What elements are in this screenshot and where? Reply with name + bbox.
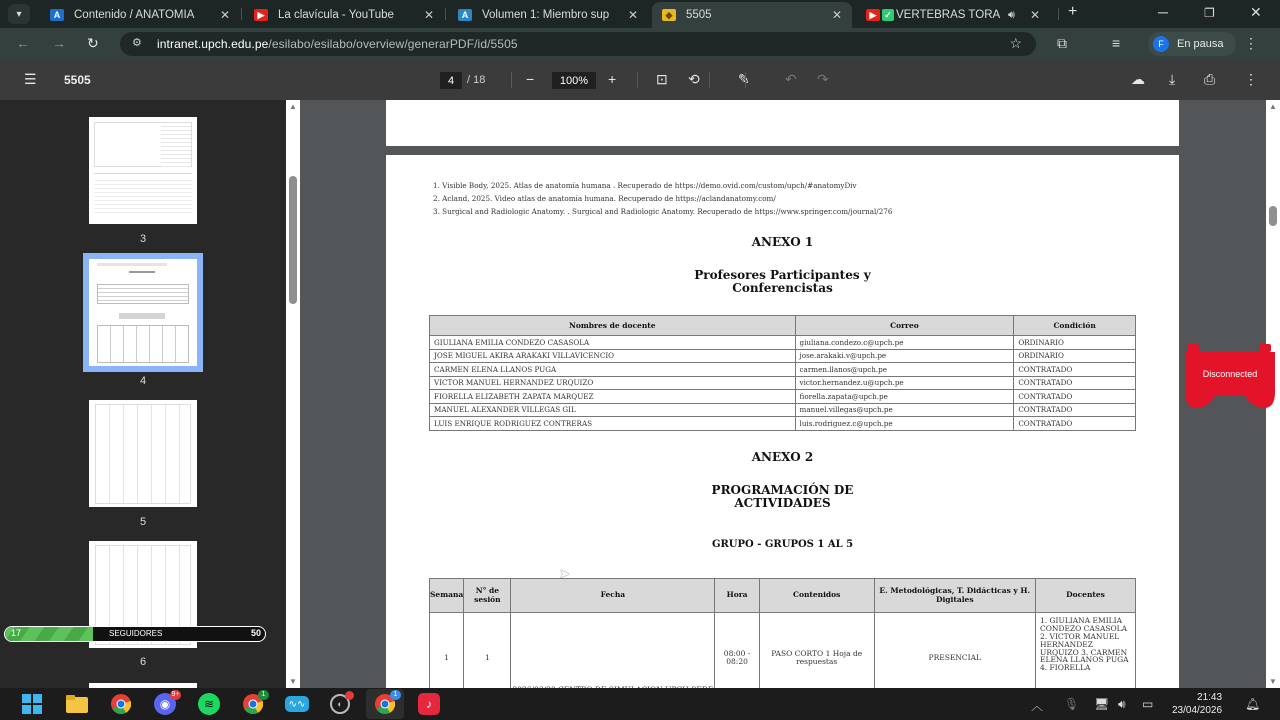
- table-cell: ORDINARIO: [1014, 349, 1136, 363]
- subtitle-line: ACTIVIDADES: [386, 497, 1179, 510]
- table-cell: MANUEL ALEXANDER VILLEGAS GIL: [430, 403, 796, 417]
- show-hidden-icons-chevron[interactable]: ︿: [1031, 697, 1043, 714]
- tab-la-clavicula[interactable]: ▶ La clavícula - YouTube ✕: [244, 2, 444, 28]
- tab-title: La clavícula - YouTube: [278, 9, 394, 21]
- pdf-page-4: 1. Visible Body, 2025. Atlas de anatomía…: [386, 155, 1179, 688]
- table-cell: CONTRATADO: [1014, 417, 1136, 431]
- table-cell: fiorella.zapata@upch.pe: [795, 390, 1014, 404]
- table-row: MANUEL ALEXANDER VILLEGAS GILmanuel.vill…: [430, 403, 1136, 417]
- table-row: VICTOR MANUEL HERNANDEZ URQUIZOvictor.he…: [430, 376, 1136, 390]
- table-cell: PRESENCIAL: [874, 613, 1035, 689]
- thumbnail-label: 4: [0, 375, 293, 387]
- profile-status: En pausa: [1177, 38, 1223, 50]
- thumbnail-page-5[interactable]: [89, 400, 197, 507]
- thumbnail-label: 5: [0, 516, 293, 528]
- tab-separator: [445, 8, 446, 20]
- reference-item: 2. Acland, 2025. Video atlas de anatomía…: [433, 194, 776, 203]
- column-header: Correo: [795, 316, 1014, 336]
- table-cell: CONTRATADO: [1014, 390, 1136, 404]
- clock-time: 21:43: [1172, 691, 1222, 704]
- a-app-icon: A: [458, 9, 472, 21]
- tab-separator: [241, 8, 242, 20]
- print-icon[interactable]: ⎙: [1204, 71, 1215, 88]
- thumbnail-sidebar: 3 4 5 6: [0, 100, 300, 688]
- network-icon[interactable]: 🖥︎: [1094, 697, 1109, 711]
- microphone-icon[interactable]: 🎙︎: [1064, 697, 1079, 711]
- table-row: LUIS ENRIQUE RODRIGUEZ CONTRERASluis.rod…: [430, 417, 1136, 431]
- pdf-toolbar: ☰ 5505 4 / 18 − 100% + ⊡ ⟲ ✎ ↶ ↷ ☁ ⤓ ⎙ ⋮: [0, 60, 1280, 100]
- scroll-down-icon[interactable]: ▼: [1269, 677, 1277, 686]
- zoom-level-input[interactable]: 100%: [552, 72, 596, 89]
- sidebar-scrollbar[interactable]: ▲ ▼: [286, 100, 300, 688]
- divider: [709, 72, 710, 88]
- taskbar-chrome-profile[interactable]: 1: [242, 693, 264, 715]
- menu-kebab-icon[interactable]: ⋮: [1244, 35, 1258, 52]
- redo-icon[interactable]: ↷: [817, 71, 829, 88]
- clock[interactable]: 21:43 23/04/2026: [1172, 691, 1222, 717]
- bookmark-star-icon[interactable]: ☆: [1009, 35, 1022, 52]
- site-info-icon[interactable]: ⚙: [132, 36, 142, 49]
- table-cell: giuliana.condezo.c@upch.pe: [795, 336, 1014, 350]
- undo-icon[interactable]: ↶: [785, 71, 797, 88]
- thumbnail-page-3[interactable]: [89, 117, 197, 224]
- close-icon[interactable]: ✕: [220, 8, 230, 22]
- taskbar-audio-app[interactable]: ∿∿: [285, 696, 309, 712]
- notification-badge: 1: [390, 690, 401, 700]
- followers-goal-bar: 17 SEGUIDORES 50: [4, 626, 266, 642]
- spotify-icon: ≋: [204, 697, 214, 711]
- table-cell: carmen.llanos@upch.pe: [795, 363, 1014, 377]
- save-to-drive-icon[interactable]: ☁: [1131, 71, 1145, 88]
- followers-goal: 50: [251, 628, 261, 638]
- pdf-title: 5505: [64, 73, 91, 87]
- table-cell: CONTRATADO: [1014, 376, 1136, 390]
- url-path: /esilabo/esilabo/overview/generarPDF/id/…: [268, 37, 517, 51]
- a-app-icon: A: [50, 9, 64, 21]
- sidebar-scroll-thumb[interactable]: [289, 176, 297, 304]
- folder-icon: [66, 695, 88, 713]
- subtitle-line: Conferencistas: [386, 282, 1179, 295]
- controller-status-text: Disconnected: [1183, 369, 1277, 379]
- followers-current: 17: [11, 628, 21, 638]
- start-button[interactable]: [21, 693, 43, 715]
- table-cell: JOSE MIGUEL AKIRA ARAKAKI VILLAVICENCIO: [430, 349, 796, 363]
- reference-item: 1. Visible Body, 2025. Atlas de anatomía…: [433, 181, 857, 190]
- mouse-cursor: ➤: [559, 566, 570, 582]
- profile-button[interactable]: F En pausa: [1148, 32, 1236, 56]
- address-bar[interactable]: ⚙ intranet.upch.edu.pe/esilabo/esilabo/o…: [120, 32, 1036, 56]
- column-header: Docentes: [1036, 579, 1136, 613]
- page-number-input[interactable]: 4: [440, 72, 462, 89]
- anexo-2-heading: ANEXO 2: [386, 450, 1179, 464]
- checkbox-icon: ✓: [882, 9, 894, 21]
- forward-button[interactable]: →: [52, 35, 66, 51]
- notification-badge: 9+: [170, 690, 181, 700]
- tab-title: Volumen 1: Miembro sup: [482, 9, 622, 21]
- column-header: N° de sesión: [464, 579, 511, 613]
- anexo-1-heading: ANEXO 1: [386, 235, 1179, 249]
- youtube-icon: ▶: [866, 9, 880, 21]
- group-heading: GRUPO - GRUPOS 1 AL 5: [386, 539, 1179, 550]
- annotate-pen-icon[interactable]: ✎: [738, 71, 750, 88]
- scroll-down-icon[interactable]: ▼: [289, 677, 297, 686]
- column-header: Fecha: [511, 579, 715, 613]
- back-button[interactable]: ←: [16, 35, 30, 51]
- table-cell: victor.hernandez.u@upch.pe: [795, 376, 1014, 390]
- scroll-up-icon[interactable]: ▲: [289, 102, 297, 111]
- youtube-icon: ▶: [254, 9, 268, 21]
- close-window-button[interactable]: ✕: [1250, 4, 1262, 21]
- extensions-icon[interactable]: ⧉: [1057, 35, 1067, 52]
- toolbar: ← → ↻ ⚙ intranet.upch.edu.pe/esilabo/esi…: [0, 28, 1280, 60]
- table-row: FIORELLA ELIZABETH ZAPATA MARQUEZfiorell…: [430, 390, 1136, 404]
- tab-title: VÉRTEBRAS TORÁ: [896, 9, 1000, 21]
- table-row: CARMEN ELENA LLANOS PUGAcarmen.llanos@up…: [430, 363, 1136, 377]
- rotate-icon[interactable]: ⟲: [688, 71, 700, 88]
- column-header: Semana: [430, 579, 464, 613]
- obs-icon: ◐: [337, 699, 342, 709]
- table-cell: 1: [430, 613, 464, 689]
- table-cell: GIULIANA EMILIA CONDEZO CASASOLA: [430, 336, 796, 350]
- clock-date: 23/04/2026: [1172, 704, 1222, 717]
- taskbar-chrome[interactable]: [110, 693, 132, 715]
- page-total: / 18: [467, 74, 485, 86]
- close-icon[interactable]: ✕: [1030, 8, 1040, 22]
- taskbar-file-explorer[interactable]: [66, 693, 88, 715]
- divider: [637, 72, 638, 88]
- scroll-up-icon[interactable]: ▲: [1269, 102, 1277, 111]
- volume-icon[interactable]: 🔊︎: [1118, 697, 1126, 712]
- table-cell: LUIS ENRIQUE RODRIGUEZ CONTRERAS: [430, 417, 796, 431]
- anexo-2-subtitle: PROGRAMACIÓN DE ACTIVIDADES: [386, 484, 1179, 510]
- waveform-icon: ∿∿: [289, 699, 306, 710]
- shield-icon: ◆: [662, 9, 676, 21]
- thumbnail-label: 6: [0, 656, 293, 668]
- pdf-page-3: [386, 100, 1179, 146]
- reload-button[interactable]: ↻: [87, 35, 99, 52]
- discord-icon: ◉: [160, 697, 170, 711]
- table-row: 112026/03/20 CENTRO DE SIMULACION UPCH S…: [430, 613, 1136, 689]
- table-cell: CARMEN ELENA LLANOS PUGA: [430, 363, 796, 377]
- table-cell: 1. GIULIANA EMILIA CONDEZO CASASOLA 2. V…: [1036, 613, 1136, 689]
- column-header: Contenidos: [759, 579, 874, 613]
- table-cell: 2026/03/20 CENTRO DE SIMULACION UPCH SED…: [511, 613, 715, 689]
- column-header: Hora: [715, 579, 760, 613]
- table-cell: 08:00 - 08:20: [715, 613, 760, 689]
- chrome-icon: [111, 694, 131, 714]
- media-controls-icon[interactable]: ≡: [1112, 35, 1120, 51]
- url-host: intranet.upch.edu.pe: [157, 37, 268, 51]
- table-cell: CONTRATADO: [1014, 403, 1136, 417]
- table-cell: 1: [464, 613, 511, 689]
- tiktok-icon: ♪: [426, 697, 432, 711]
- thumbnail-label: 3: [0, 233, 293, 245]
- tab-5505[interactable]: ◆ 5505 ✕: [652, 2, 852, 28]
- column-header: Condición: [1014, 316, 1136, 336]
- followers-label: SEGUIDORES: [109, 629, 162, 638]
- notification-badge: 1: [258, 690, 269, 700]
- tab-title: 5505: [686, 9, 712, 21]
- notifications-bell-icon[interactable]: 🔔︎: [1245, 697, 1260, 711]
- table-cell: manuel.villegas@upch.pe: [795, 403, 1014, 417]
- battery-icon[interactable]: ▭: [1142, 697, 1153, 711]
- schedule-table: SemanaN° de sesiónFechaHoraContenidosE. …: [429, 578, 1136, 688]
- taskbar-discord[interactable]: ◉ 9+: [154, 693, 176, 715]
- hamburger-menu-icon[interactable]: ☰: [24, 71, 37, 88]
- minimize-button[interactable]: ─: [1158, 4, 1168, 20]
- tab-vertebras[interactable]: ▶ ✓ VÉRTEBRAS TORÁ 🔊︎ ✕: [856, 2, 1056, 28]
- restore-button[interactable]: ❐: [1204, 6, 1215, 20]
- viewer-scroll-thumb[interactable]: [1269, 206, 1277, 226]
- download-icon[interactable]: ⤓: [1169, 71, 1175, 88]
- table-cell: ORDINARIO: [1014, 336, 1136, 350]
- table-cell: FIORELLA ELIZABETH ZAPATA MARQUEZ: [430, 390, 796, 404]
- reference-item: 3. Surgical and Radiologic Anatomy. . Su…: [433, 207, 892, 216]
- tab-strip: ▾ A Contenido / ANATOMIA ✕ ▶ La clavícul…: [0, 0, 1280, 28]
- divider: [745, 72, 746, 88]
- taskbar-spotify[interactable]: ≋: [198, 693, 220, 715]
- taskbar-obs[interactable]: ◐: [330, 694, 350, 714]
- more-options-icon[interactable]: ⋮: [1244, 71, 1258, 88]
- divider: [511, 72, 512, 88]
- taskbar-chrome-active[interactable]: 1: [374, 693, 396, 715]
- thumbnail-page-4[interactable]: [89, 259, 197, 366]
- chevron-down-icon: ▾: [16, 9, 21, 20]
- table-cell: jose.arakaki.v@upch.pe: [795, 349, 1014, 363]
- controller-status-overlay: Disconnected: [1183, 344, 1277, 410]
- windows-logo-icon: [22, 694, 42, 714]
- close-icon[interactable]: ✕: [424, 8, 434, 22]
- tab-volumen-1[interactable]: A Volumen 1: Miembro sup ✕: [448, 2, 648, 28]
- taskbar-tiktok[interactable]: ♪: [418, 693, 440, 715]
- anexo-1-subtitle: Profesores Participantes y Conferencista…: [386, 269, 1179, 295]
- speaker-icon[interactable]: 🔊︎: [1008, 9, 1015, 22]
- tab-separator: [1058, 8, 1059, 20]
- table-cell: CONTRATADO: [1014, 363, 1136, 377]
- tab-title: Contenido / ANATOMIA: [74, 9, 194, 21]
- fit-page-icon[interactable]: ⊡: [656, 71, 668, 88]
- url-text[interactable]: intranet.upch.edu.pe/esilabo/esilabo/ove…: [157, 37, 518, 51]
- table-row: GIULIANA EMILIA CONDEZO CASASOLAgiuliana…: [430, 336, 1136, 350]
- close-icon[interactable]: ✕: [832, 8, 842, 22]
- table-cell: VICTOR MANUEL HERNANDEZ URQUIZO: [430, 376, 796, 390]
- teachers-table: Nombres de docenteCorreoCondición GIULIA…: [429, 315, 1136, 431]
- table-row: JOSE MIGUEL AKIRA ARAKAKI VILLAVICENCIOj…: [430, 349, 1136, 363]
- table-cell: luis.rodriguez.c@upch.pe: [795, 417, 1014, 431]
- column-header: Nombres de docente: [430, 316, 796, 336]
- avatar: F: [1153, 36, 1169, 52]
- tab-search-button[interactable]: ▾: [8, 4, 30, 24]
- close-icon[interactable]: ✕: [628, 8, 638, 22]
- column-header: E. Metodológicas, T. Didácticas y H. Dig…: [874, 579, 1035, 613]
- recording-badge: [345, 691, 354, 700]
- zoom-out-button[interactable]: −: [526, 71, 534, 87]
- pdf-viewer[interactable]: 1. Visible Body, 2025. Atlas de anatomía…: [300, 100, 1280, 688]
- tab-contenido-anatomia[interactable]: A Contenido / ANATOMIA ✕: [40, 2, 240, 28]
- new-tab-button[interactable]: +: [1068, 3, 1077, 21]
- zoom-in-button[interactable]: +: [608, 71, 616, 87]
- table-cell: PASO CORTO 1 Hoja de respuestas: [759, 613, 874, 689]
- taskbar: ◉ 9+ ≋ 1 ∿∿ ◐ 1 ♪ ︿ 🎙︎ 🖥︎ 🔊︎ ▭ 21:43 23/…: [0, 688, 1280, 720]
